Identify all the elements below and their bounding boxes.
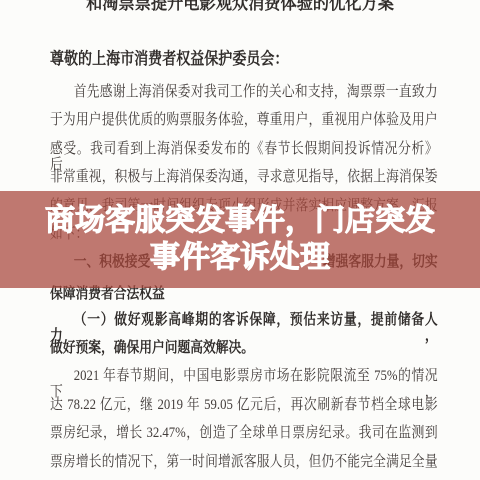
caption-line-2: 事件客诉处理 bbox=[0, 241, 480, 275]
scanned-document-page: 和淘票票提升电影观众消费体验的优化方案 尊敬的上海市消费者权益保护委员会：首先感… bbox=[0, 0, 480, 480]
document-line: 做好预案，确保用户问题高效解决。 bbox=[50, 340, 438, 356]
document-line: 2021 年春节期间，中国电影票房市场在影院限流至 75%的情况下， bbox=[50, 368, 438, 400]
document-line: 非常重视，积极与上海消保委沟通，寻求意见指导，依据上海消保委 bbox=[50, 169, 438, 185]
document-line: 票房纪录，增长 32.47%，创造了全球单日票房纪录。我司在监测到 bbox=[50, 425, 438, 441]
document-line: 保障消费者合法权益 bbox=[50, 286, 438, 302]
document-line: 达 78.22 亿元，继 2019 年 59.05 亿元后，再次刷新春节档全球电… bbox=[50, 397, 438, 413]
document-line: 于为用户提供优质的购票服务体验，尊重用户，重视用户体验及用户 bbox=[50, 112, 438, 128]
document-line: 尊敬的上海市消费者权益保护委员会： bbox=[50, 50, 438, 68]
document-line: 首先感谢上海消保委对我司工作的关心和支持，淘票票一直致力 bbox=[50, 84, 438, 100]
document-line: 票房增长的情况下，第一时间增派客服人员，但仍不能完全满足全量 bbox=[50, 454, 438, 470]
document-title: 和淘票票提升电影观众消费体验的优化方案 bbox=[24, 0, 456, 13]
caption-line-1: 商场客服突发事件，门店突发 bbox=[0, 204, 480, 238]
